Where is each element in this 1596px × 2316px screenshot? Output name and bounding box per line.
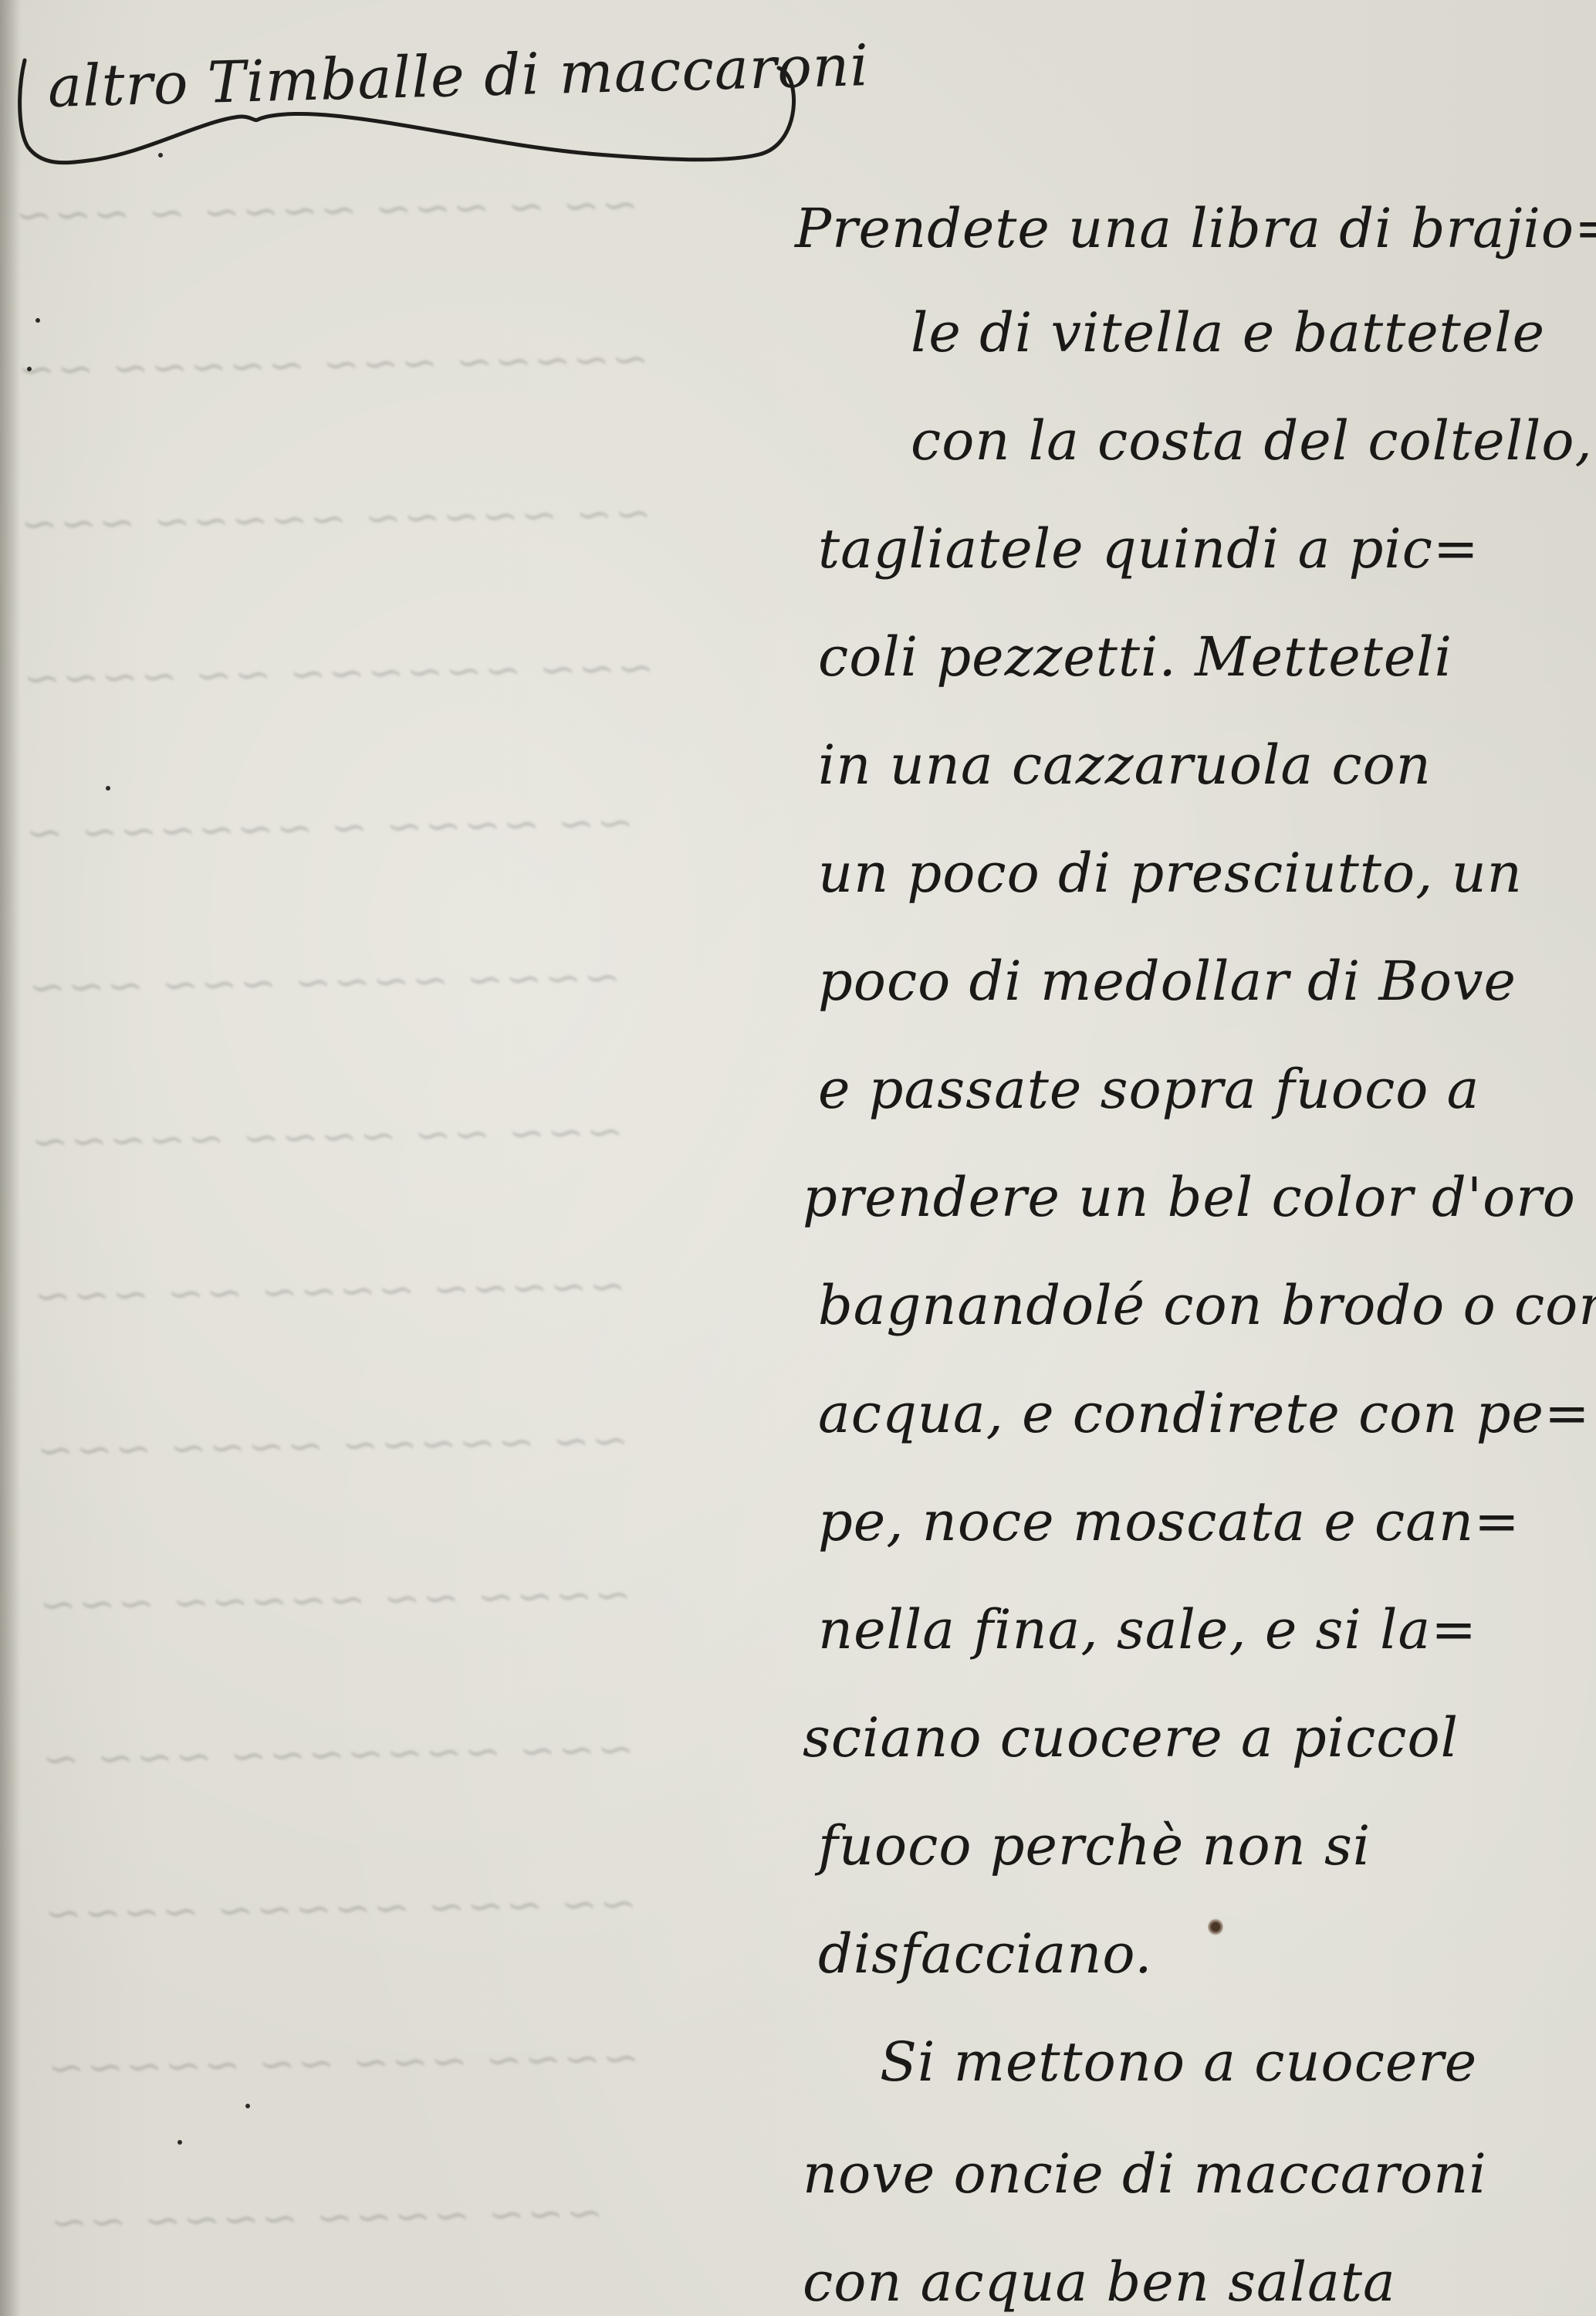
text-line: pe, noce moscata e can=	[818, 1490, 1520, 1553]
text-line: sciano cuocere a piccol	[803, 1706, 1459, 1769]
recipe-title-block: altro Timballe di maccaroni	[11, 31, 937, 170]
bleed-through-text: ~~ ~ ~~~ ~~~~ ~ ~~~ ~~~~~ ~~~ ~~~~~ ~~ ~…	[12, 124, 822, 2299]
ink-speck	[178, 2140, 182, 2145]
text-line: tagliatele quindi a pic=	[818, 517, 1479, 581]
text-line: Si mettono a cuocere	[880, 2030, 1477, 2094]
text-line: e passate sopra fuoco a	[818, 1058, 1479, 1121]
manuscript-page: ~~ ~ ~~~ ~~~~ ~ ~~~ ~~~~~ ~~~ ~~~~~ ~~ ~…	[0, 0, 1596, 2316]
text-line: Prendete una libra di brajio=	[795, 197, 1596, 260]
text-line: con la costa del coltello,	[911, 409, 1593, 472]
text-line: bagnandolé con brodo o con	[818, 1274, 1596, 1337]
ink-speck	[106, 786, 110, 791]
text-line: con acqua ben salata	[803, 2250, 1396, 2314]
text-line: disfacciano.	[818, 1922, 1153, 1986]
ink-stain	[1208, 1918, 1223, 1935]
text-line: nove oncie di maccaroni	[803, 2142, 1487, 2206]
ink-speck	[36, 318, 40, 323]
text-line: coli pezzetti. Metteteli	[818, 625, 1452, 689]
text-line: un poco di presciutto, un	[818, 841, 1523, 905]
text-line: fuoco perchè non si	[818, 1814, 1371, 1878]
text-line: prendere un bel color d'oro	[803, 1166, 1576, 1229]
text-line: in una cazzaruola con	[818, 733, 1432, 797]
ink-speck	[245, 2104, 250, 2108]
text-line: acqua, e condirete con pe=	[818, 1382, 1591, 1445]
ink-speck	[27, 367, 32, 371]
text-line: poco di medollar di Bove	[818, 950, 1517, 1013]
text-line: le di vitella e battetele	[911, 301, 1545, 364]
text-line: nella fina, sale, e si la=	[818, 1598, 1477, 1661]
ink-speck	[158, 153, 163, 157]
